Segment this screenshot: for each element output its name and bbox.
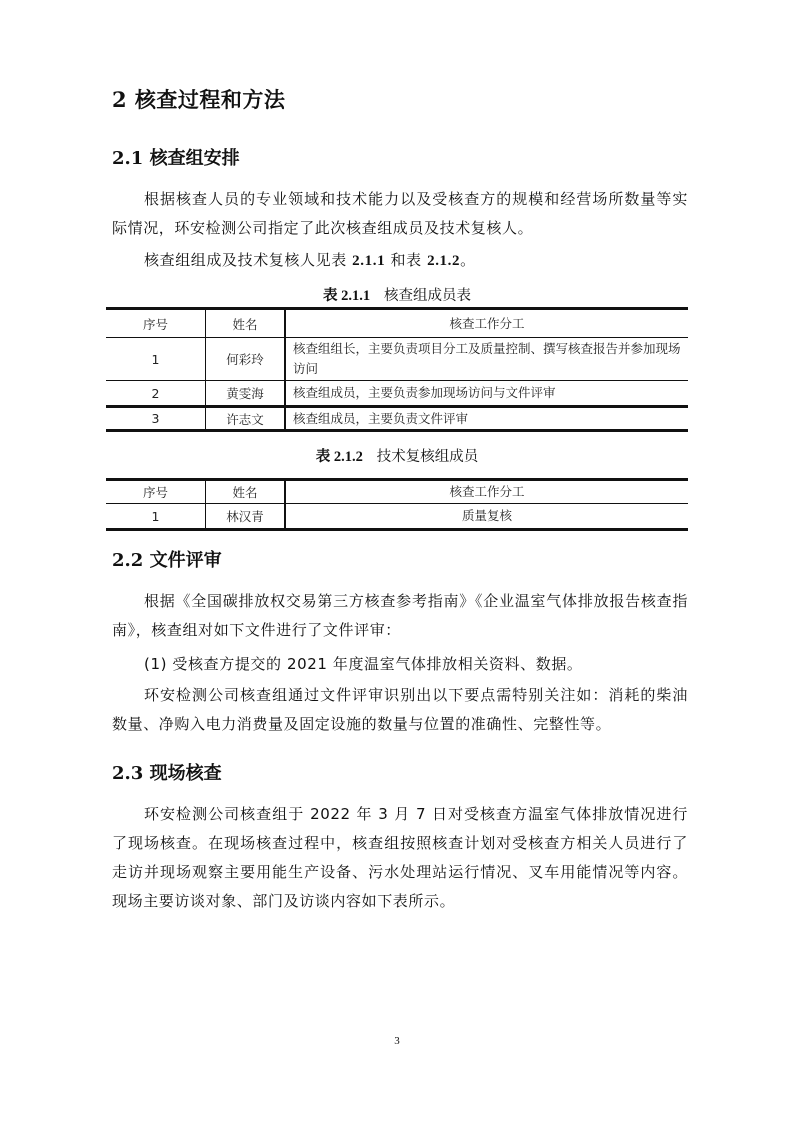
text: 和表: [385, 251, 427, 269]
table-row: 2 黄雯海 核查组成员，主要负责参加现场访问与文件评审: [106, 381, 688, 407]
cell-no: 2: [106, 381, 206, 407]
caption-title: 技术复核组成员: [377, 449, 479, 465]
cell-name: 许志文: [206, 407, 286, 431]
caption-number: 表 2.1.2: [316, 449, 363, 465]
section-heading: 2 核查过程和方法: [112, 84, 285, 114]
page-number: 3: [0, 1035, 794, 1047]
header-name: 姓名: [206, 309, 286, 338]
paragraph-document-review: 根据《全国碳排放权交易第三方核查参考指南》《企业温室气体排放报告核查指南》，核查…: [112, 587, 688, 645]
paragraph-site-inspection: 环安检测公司核查组于 2022 年 3 月 7 日对受核查方温室气体排放情况进行…: [112, 800, 688, 916]
cell-no: 3: [106, 407, 206, 431]
cell-name: 何彩玲: [206, 338, 286, 381]
table-header-row: 序号 姓名 核查工作分工: [106, 480, 688, 504]
cell-duty: 核查组成员，主要负责文件评审: [285, 407, 688, 431]
text: 。: [460, 251, 476, 269]
review-team-table: 序号 姓名 核查工作分工 1 林汉青 质量复核: [106, 478, 688, 531]
header-duty: 核查工作分工: [285, 309, 688, 338]
header-no: 序号: [106, 480, 206, 504]
paragraph-review-focus: 环安检测公司核查组通过文件评审识别出以下要点需特别关注如：消耗的柴油数量、净购入…: [112, 681, 688, 739]
cell-name: 林汉青: [206, 504, 286, 530]
caption-number: 表 2.1.1: [323, 288, 370, 304]
cell-duty: 核查组组长，主要负责项目分工及质量控制、撰写核查报告并参加现场访问: [285, 338, 688, 381]
table-caption-2-1-2: 表 2.1.2 技术复核组成员: [106, 445, 688, 466]
table-header-row: 序号 姓名 核查工作分工: [106, 309, 688, 338]
paragraph-table-reference: 核查组组成及技术复核人见表 2.1.1 和表 2.1.2。: [112, 246, 688, 276]
table-caption-2-1-1: 表 2.1.1 核查组成员表: [106, 284, 688, 305]
table-ref-2: 2.1.2: [427, 253, 460, 269]
cell-no: 1: [106, 338, 206, 381]
table-ref-1: 2.1.1: [352, 253, 385, 269]
paragraph-review-item-1: (1) 受核查方提交的 2021 年度温室气体排放相关资料、数据。: [112, 650, 688, 679]
table-row: 3 许志文 核查组成员，主要负责文件评审: [106, 407, 688, 431]
cell-duty: 质量复核: [285, 504, 688, 530]
header-duty: 核查工作分工: [285, 480, 688, 504]
header-name: 姓名: [206, 480, 286, 504]
subsection-heading-2-2: 2.2 文件评审: [112, 546, 222, 572]
cell-name: 黄雯海: [206, 381, 286, 407]
table-row: 1 何彩玲 核查组组长，主要负责项目分工及质量控制、撰写核查报告并参加现场访问: [106, 338, 688, 381]
table-row: 1 林汉青 质量复核: [106, 504, 688, 530]
text: 核查组组成及技术复核人见表: [144, 251, 352, 269]
header-no: 序号: [106, 309, 206, 338]
subsection-heading-2-1: 2.1 核查组安排: [112, 144, 240, 170]
paragraph-team-arrangement: 根据核查人员的专业领域和技术能力以及受核查方的规模和经营场所数量等实际情况，环安…: [112, 185, 688, 243]
subsection-heading-2-3: 2.3 现场核查: [112, 759, 222, 785]
document-page: 2 核查过程和方法 2.1 核查组安排 根据核查人员的专业领域和技术能力以及受核…: [0, 0, 794, 1123]
cell-duty: 核查组成员，主要负责参加现场访问与文件评审: [285, 381, 688, 407]
team-members-table: 序号 姓名 核查工作分工 1 何彩玲 核查组组长，主要负责项目分工及质量控制、撰…: [106, 307, 688, 432]
cell-no: 1: [106, 504, 206, 530]
caption-title: 核查组成员表: [384, 288, 471, 304]
